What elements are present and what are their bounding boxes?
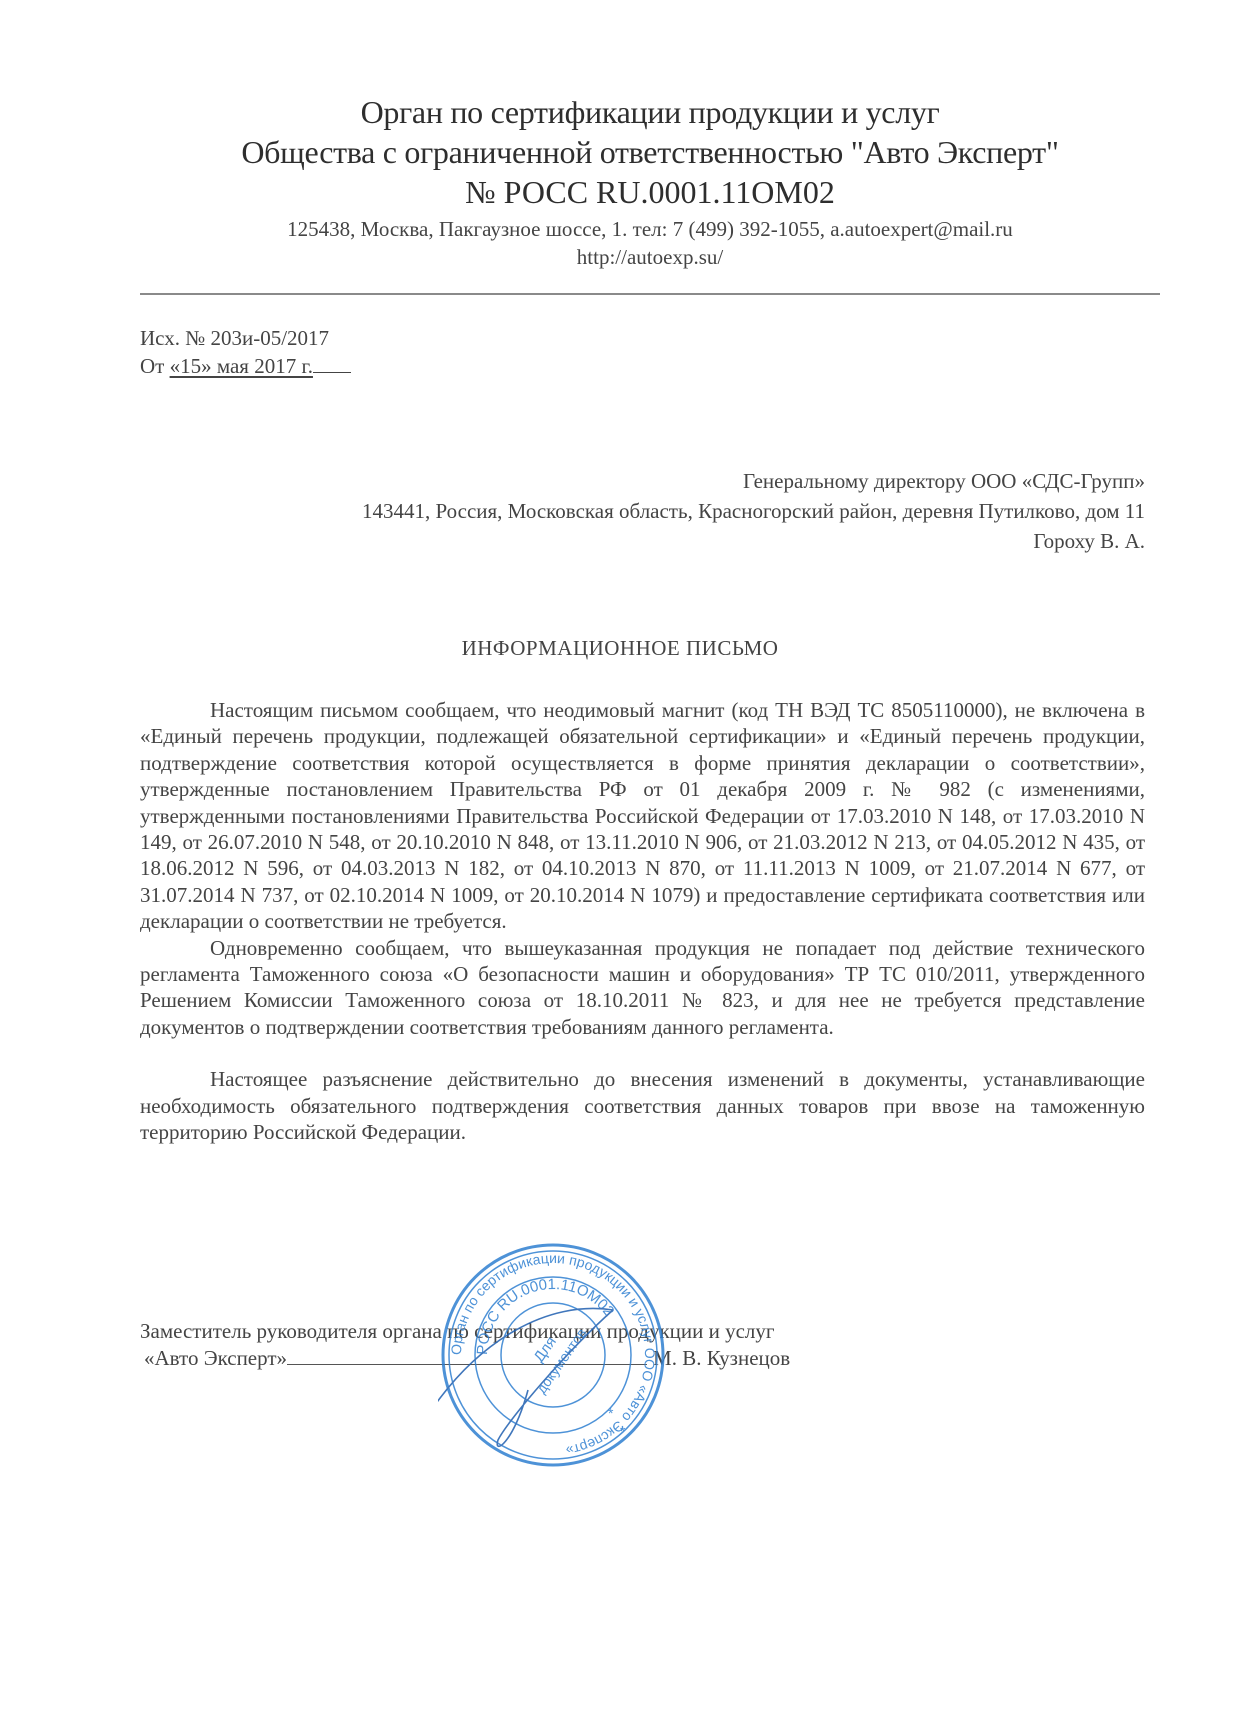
svg-text:*: *: [608, 1405, 614, 1421]
body-paragraph-3: Настоящее разъяснение действительно до в…: [140, 1066, 1145, 1145]
addressee-address: 143441, Россия, Московская область, Крас…: [362, 496, 1145, 526]
signer-org: «Авто Эксперт»: [140, 1345, 287, 1371]
org-name-line2: Общества с ограниченной ответственностью…: [140, 132, 1160, 172]
date-blank-line: [313, 354, 351, 373]
signer-name: М. В. Кузнецов: [653, 1345, 790, 1371]
registration-number: № РОСС RU.0001.11ОМ02: [140, 172, 1160, 212]
addressee-name: Гороху В. А.: [362, 526, 1145, 556]
letter-body: Настоящим письмом сообщаем, что неодимов…: [140, 697, 1145, 1146]
svg-text:*: *: [620, 1423, 626, 1439]
letterhead: Орган по сертификации продукции и услуг …: [140, 92, 1160, 270]
outgoing-number: Исх. № 203и-05/2017: [140, 324, 351, 352]
document-page: Орган по сертификации продукции и услуг …: [0, 0, 1240, 1718]
stamp-seal-icon: Орган по сертификации продукции и услуг …: [438, 1240, 668, 1470]
date-prefix: От: [140, 354, 170, 378]
body-paragraph-1: Настоящим письмом сообщаем, что неодимов…: [140, 697, 1145, 935]
outgoing-reference: Исх. № 203и-05/2017 От «15» мая 2017 г.: [140, 324, 351, 380]
org-name-line1: Орган по сертификации продукции и услуг: [140, 92, 1160, 132]
body-paragraph-2: Одновременно сообщаем, что вышеуказанная…: [140, 935, 1145, 1041]
outgoing-date: От «15» мая 2017 г.: [140, 352, 351, 380]
contacts: 125438, Москва, Пакгаузное шоссе, 1. тел…: [140, 214, 1160, 244]
addressee-block: Генеральному директору ООО «СДС-Групп» 1…: [362, 466, 1145, 556]
document-title: ИНФОРМАЦИОННОЕ ПИСЬМО: [0, 636, 1240, 661]
addressee-position: Генеральному директору ООО «СДС-Групп»: [362, 466, 1145, 496]
date-value: «15» мая 2017 г.: [170, 354, 313, 378]
website: http://autoexp.su/: [140, 244, 1160, 270]
header-separator: [140, 293, 1160, 295]
